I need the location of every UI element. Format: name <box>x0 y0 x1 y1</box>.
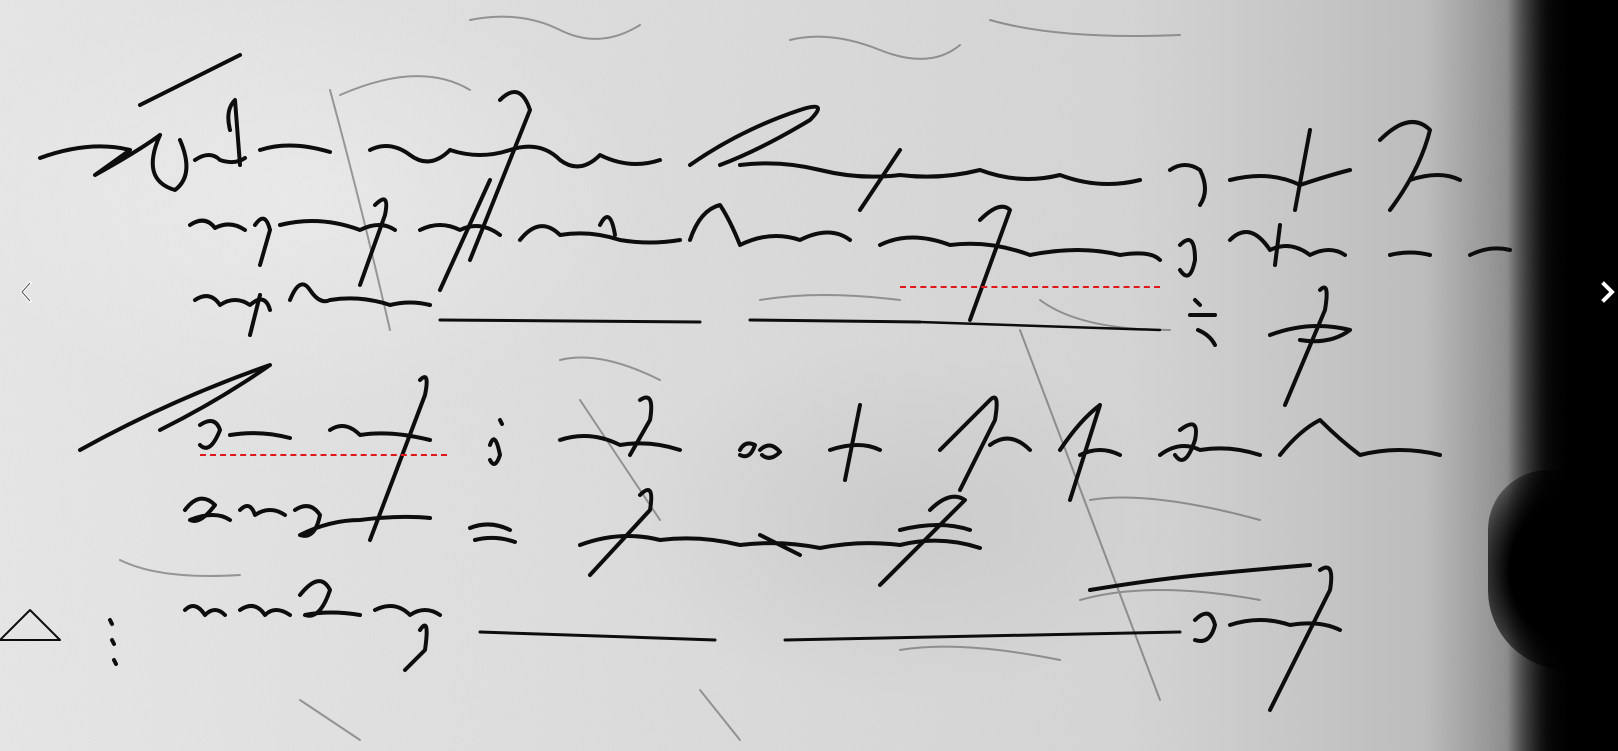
chevron-left-icon <box>16 280 36 304</box>
annotation-line-1 <box>900 286 1160 288</box>
chevron-right-icon <box>1598 280 1618 304</box>
next-page-button[interactable] <box>1594 278 1618 306</box>
binding-fold <box>1488 470 1618 670</box>
manuscript-page <box>0 0 1618 751</box>
handwriting-strokes <box>0 0 1618 751</box>
document-viewer <box>0 0 1618 751</box>
previous-page-button[interactable] <box>12 278 40 306</box>
annotation-line-2 <box>200 454 447 456</box>
